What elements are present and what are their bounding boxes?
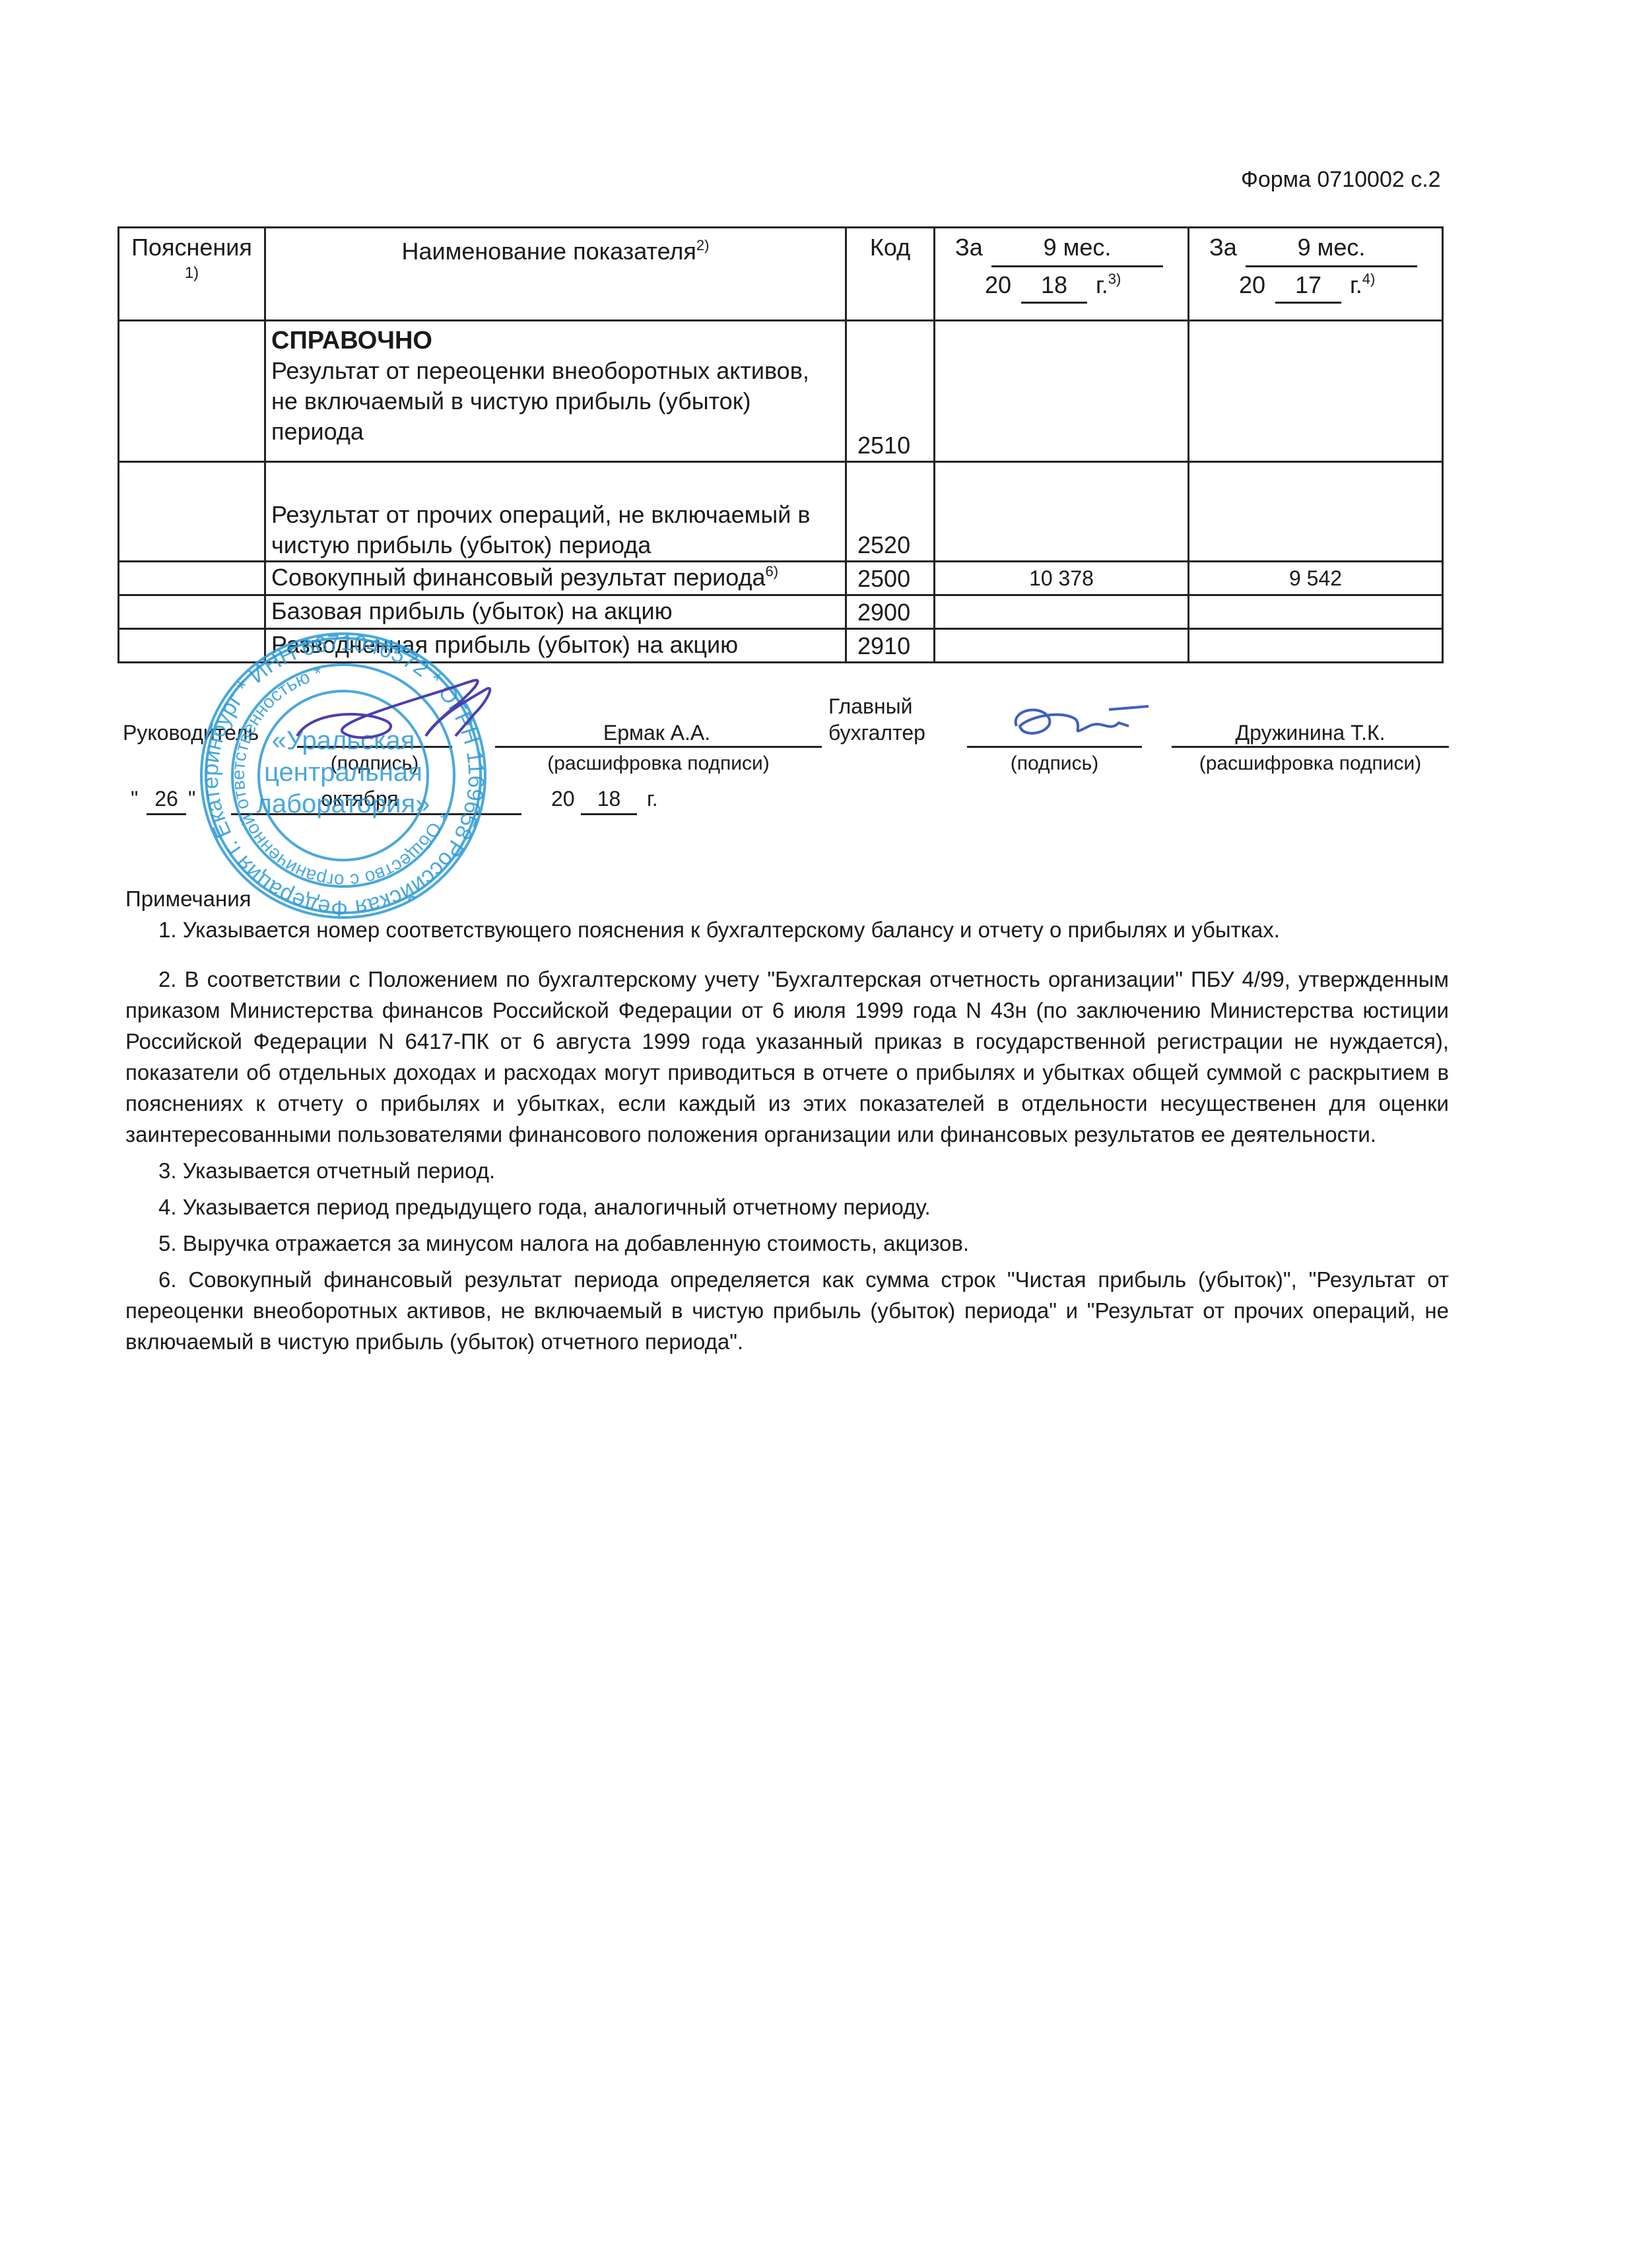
explanation-cell (119, 462, 265, 562)
indicator-name-cell: Совокупный финансовый результат периода6… (265, 562, 846, 595)
footnote-ref: 1) (119, 264, 264, 283)
note-item: 5. Выручка отражается за минусом налога … (125, 1228, 1449, 1259)
current-period-value (935, 462, 1189, 562)
code-cell: 2510 (846, 321, 935, 462)
header-indicator-name: Наименование показателя2) (265, 228, 846, 321)
code-cell: 2500 (846, 562, 935, 595)
date-day: 26 (147, 787, 186, 811)
table-row: Результат от прочих операций, не включае… (119, 462, 1443, 562)
note-item: 1. Указывается номер соответствующего по… (125, 914, 1449, 945)
current-period-value: 10 378 (935, 562, 1189, 595)
note-item: 4. Указывается период предыдущего года, … (125, 1191, 1449, 1222)
current-period-value (935, 321, 1189, 462)
previous-period-value: 9 542 (1189, 562, 1443, 595)
table-row: Совокупный финансовый результат периода6… (119, 562, 1443, 595)
code-cell: 2520 (846, 462, 935, 562)
indicator-name-cell: Результат от прочих операций, не включае… (265, 462, 846, 562)
chief-accountant-name: Дружинина Т.К. (1172, 721, 1449, 745)
svg-text:центральная: центральная (264, 758, 422, 787)
previous-period-value (1189, 462, 1443, 562)
header-explanations: Пояснения 1) (119, 228, 265, 321)
footnote-ref: 2) (696, 237, 710, 253)
code-cell: 2900 (846, 595, 935, 629)
chief-accountant-signature-icon (1003, 696, 1162, 749)
current-period-value (935, 595, 1189, 629)
explanation-cell (119, 321, 265, 462)
decoding-caption: (расшифровка подписи) (1172, 752, 1449, 775)
current-period-value (935, 629, 1189, 663)
code-cell: 2910 (846, 629, 935, 663)
date-year: 18 (581, 787, 637, 811)
signature-caption: (подпись) (967, 752, 1142, 775)
notes-title: Примечания (125, 883, 1449, 914)
indicator-name-cell: Базовая прибыль (убыток) на акцию (265, 595, 846, 629)
period-year: 18 (1021, 271, 1087, 304)
footnote-ref: 4) (1362, 271, 1376, 287)
section-heading: СПРАВОЧНО (271, 325, 840, 356)
period-months: 9 мес. (1246, 234, 1417, 267)
financial-results-table: Пояснения 1) Наименование показателя2) К… (117, 226, 1444, 663)
header-code: Код (846, 228, 935, 321)
previous-period-value (1189, 595, 1443, 629)
date-year-line (581, 813, 637, 815)
decoding-caption: (расшифровка подписи) (495, 752, 822, 775)
date-day-line (147, 813, 186, 815)
period-year: 17 (1275, 271, 1341, 304)
chief-accountant-name-line (1172, 746, 1449, 748)
chief-accountant-label-1: Главный (828, 694, 913, 719)
head-signature-icon (284, 673, 502, 752)
chief-accountant-label-2: бухгалтер (828, 721, 925, 745)
note-item: 2. В соответствии с Положением по бухгал… (125, 964, 1449, 1150)
table-header-row: Пояснения 1) Наименование показателя2) К… (119, 228, 1443, 321)
previous-period-value (1189, 321, 1443, 462)
footnote-ref: 3) (1108, 271, 1121, 287)
note-item: 6. Совокупный финансовый результат перио… (125, 1264, 1449, 1357)
form-code: Форма 0710002 с.2 (1241, 167, 1441, 193)
period-months: 9 мес. (991, 234, 1163, 267)
previous-period-value (1189, 629, 1443, 663)
head-name-line (495, 746, 822, 748)
table-row: СПРАВОЧНО Результат от переоценки внеобо… (119, 321, 1443, 462)
footnote-ref: 6) (766, 563, 779, 580)
notes-section: Примечания 1. Указывается номер соответс… (125, 883, 1449, 1357)
head-name: Ермак А.А. (492, 721, 822, 745)
indicator-name-cell: СПРАВОЧНО Результат от переоценки внеобо… (265, 321, 846, 462)
table-row: Базовая прибыль (убыток) на акцию 2900 (119, 595, 1443, 629)
header-period-current: За 9 мес. 20 18 г.3) (935, 228, 1189, 321)
header-period-previous: За 9 мес. 20 17 г.4) (1189, 228, 1443, 321)
explanation-cell (119, 595, 265, 629)
note-item: 3. Указывается отчетный период. (125, 1155, 1449, 1186)
svg-text:лаборатория»: лаборатория» (257, 789, 430, 818)
explanation-cell (119, 562, 265, 595)
